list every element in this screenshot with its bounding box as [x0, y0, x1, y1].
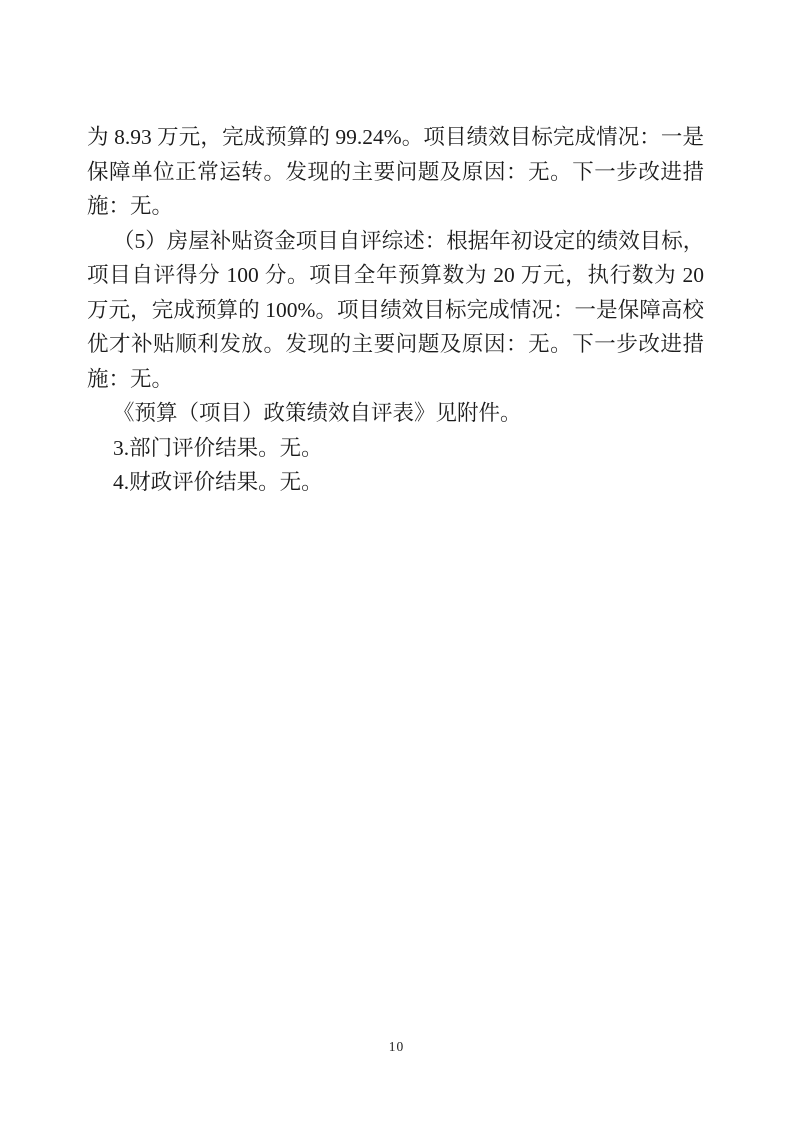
paragraph-line: 施：无。 [87, 189, 704, 224]
paragraph-line: 3.部门评价结果。无。 [87, 431, 704, 466]
document-page: 为 8.93 万元，完成预算的 99.24%。项目绩效目标完成情况：一是 保障单… [0, 0, 793, 1122]
paragraph-line: 为 8.93 万元，完成预算的 99.24%。项目绩效目标完成情况：一是 [87, 120, 704, 155]
document-text-block: 为 8.93 万元，完成预算的 99.24%。项目绩效目标完成情况：一是 保障单… [87, 120, 704, 500]
page-number: 10 [389, 1039, 405, 1054]
paragraph-line: 优才补贴顺利发放。发现的主要问题及原因：无。下一步改进措 [87, 327, 704, 362]
paragraph-line: 施：无。 [87, 362, 704, 397]
paragraph-line: 保障单位正常运转。发现的主要问题及原因：无。下一步改进措 [87, 155, 704, 190]
paragraph-line: （5）房屋补贴资金项目自评综述：根据年初设定的绩效目标， [87, 224, 704, 259]
paragraph-line: 4.财政评价结果。无。 [87, 465, 704, 500]
paragraph-line: 万元，完成预算的 100%。项目绩效目标完成情况：一是保障高校 [87, 293, 704, 328]
paragraph-line: 项目自评得分 100 分。项目全年预算数为 20 万元，执行数为 20 [87, 258, 704, 293]
page-footer: 10 [0, 1038, 793, 1056]
paragraph-line: 《预算（项目）政策绩效自评表》见附件。 [87, 396, 704, 431]
